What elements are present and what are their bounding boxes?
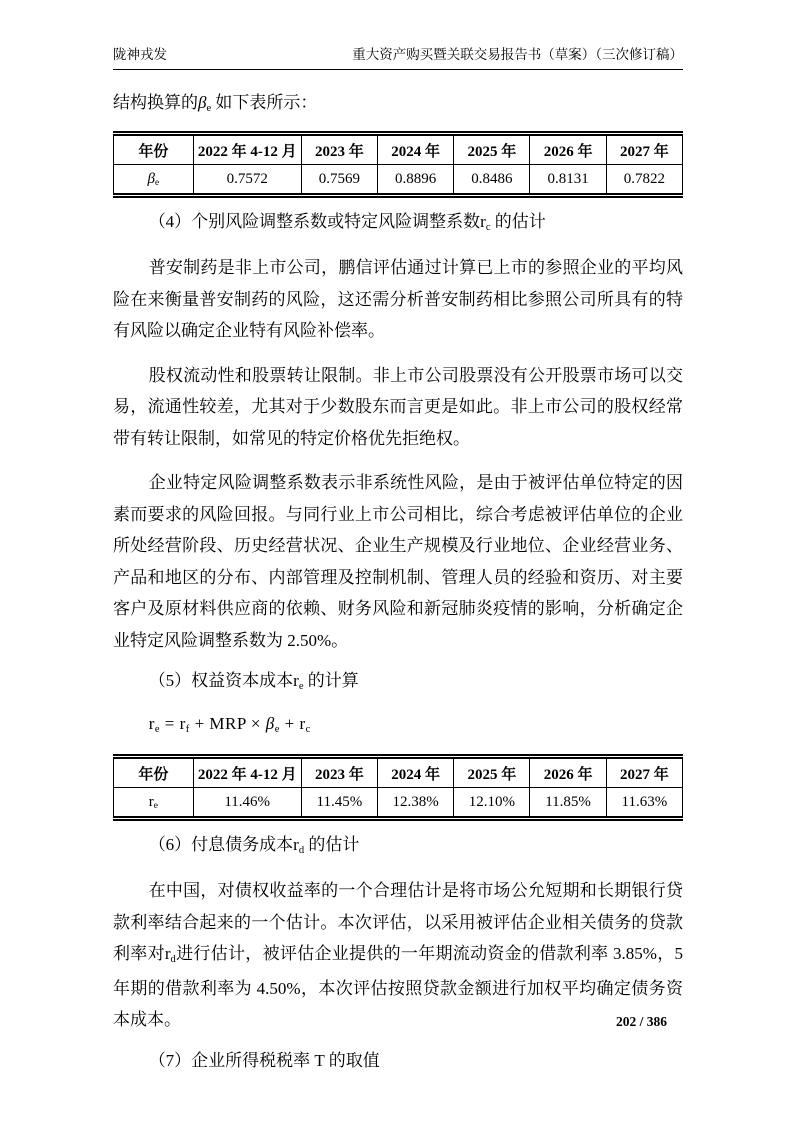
- table-cell: 12.10%: [454, 788, 530, 819]
- beta-table-value-row: βe 0.7572 0.7569 0.8896 0.8486 0.8131 0.…: [114, 165, 683, 196]
- section-6-paragraph: 在中国，对债权收益率的一个合理估计是将市场公允短期和长期银行贷款利率结合起来的一…: [113, 875, 683, 1036]
- intro-text-pre: 结构换算的: [113, 93, 198, 112]
- table-cell: 0.8131: [530, 165, 606, 196]
- column-header: 2025 年: [454, 757, 530, 788]
- section-4-heading: （4）个别风险调整系数或特定风险调整系数rc 的估计: [113, 210, 683, 237]
- table-cell: 11.45%: [301, 788, 377, 819]
- document-page: 陇神戎发 重大资产购买暨关联交易报告书（草案）（三次修订稿） 结构换算的βe 如…: [0, 0, 793, 1122]
- table-cell: 11.85%: [530, 788, 606, 819]
- beta-subscript: e: [155, 178, 159, 188]
- column-header: 2026 年: [530, 134, 606, 165]
- column-header: 2026 年: [530, 757, 606, 788]
- page-number: 202 / 386: [616, 1014, 667, 1030]
- row-label: βe: [114, 165, 194, 196]
- beta-table: 年份 2022 年 4-12 月 2023 年 2024 年 2025 年 20…: [113, 131, 683, 198]
- table-cell: 0.7569: [301, 165, 377, 196]
- page-header: 陇神戎发 重大资产购买暨关联交易报告书（草案）（三次修订稿）: [113, 46, 683, 70]
- section-4-paragraph-1: 普安制药是非上市公司，鹏信评估通过计算已上市的参照企业的平均风险在来衡量普安制药…: [113, 252, 683, 347]
- intro-text-post: 如下表所示：: [211, 93, 317, 112]
- row-label: re: [114, 788, 194, 819]
- column-header: 年份: [114, 757, 194, 788]
- column-header: 2023 年: [301, 134, 377, 165]
- beta-symbol: β: [266, 714, 275, 733]
- beta-subscript: e: [206, 103, 211, 114]
- column-header: 2022 年 4-12 月: [193, 757, 301, 788]
- section-4-paragraph-2: 股权流动性和股票转让限制。非上市公司股票没有公开股票市场可以交易，流通性较差，尤…: [113, 360, 683, 455]
- section-6-heading: （6）付息债务成本rd 的估计: [113, 833, 683, 860]
- section-7-heading: （7）企业所得税税率 T 的取值: [113, 1049, 683, 1073]
- re-table-header-row: 年份 2022 年 4-12 月 2023 年 2024 年 2025 年 20…: [114, 757, 683, 788]
- table-cell: 11.46%: [193, 788, 301, 819]
- table-cell: 12.38%: [378, 788, 454, 819]
- column-header: 2025 年: [454, 134, 530, 165]
- intro-line: 结构换算的βe 如下表所示：: [113, 90, 683, 119]
- header-left-text: 陇神戎发: [113, 46, 167, 64]
- beta-symbol: β: [148, 171, 155, 187]
- cost-of-equity-formula: re = rf + MRP × βe + rc: [113, 712, 683, 739]
- column-header: 年份: [114, 134, 194, 165]
- column-header: 2024 年: [378, 757, 454, 788]
- column-header: 2027 年: [606, 134, 682, 165]
- re-table-value-row: re 11.46% 11.45% 12.38% 12.10% 11.85% 11…: [114, 788, 683, 819]
- document-content: 结构换算的βe 如下表所示： 年份 2022 年 4-12 月 2023 年 2…: [113, 88, 683, 1088]
- table-cell: 0.7572: [193, 165, 301, 196]
- column-header: 2023 年: [301, 757, 377, 788]
- column-header: 2027 年: [606, 757, 682, 788]
- beta-table-header-row: 年份 2022 年 4-12 月 2023 年 2024 年 2025 年 20…: [114, 134, 683, 165]
- header-right-text: 重大资产购买暨关联交易报告书（草案）（三次修订稿）: [352, 46, 683, 64]
- column-header: 2022 年 4-12 月: [193, 134, 301, 165]
- table-cell: 0.8896: [378, 165, 454, 196]
- section-4-paragraph-3: 企业特定风险调整系数表示非系统性风险，是由于被评估单位特定的因素而要求的风险回报…: [113, 467, 683, 656]
- re-table: 年份 2022 年 4-12 月 2023 年 2024 年 2025 年 20…: [113, 754, 683, 821]
- table-cell: 0.8486: [454, 165, 530, 196]
- column-header: 2024 年: [378, 134, 454, 165]
- table-cell: 0.7822: [606, 165, 682, 196]
- section-5-heading: （5）权益资本成本re 的计算: [113, 669, 683, 696]
- table-cell: 11.63%: [606, 788, 682, 819]
